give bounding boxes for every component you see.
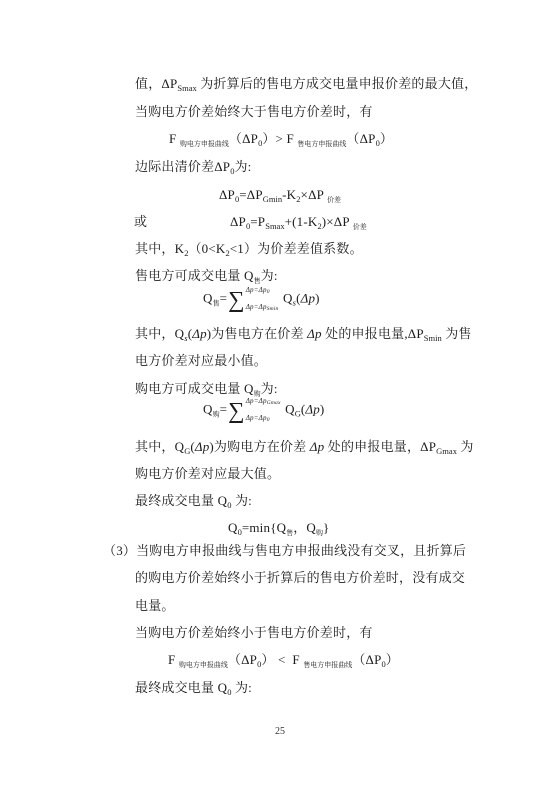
formula-line: F 购电方申报曲线（ΔP0）> F 售电方申报曲线（ΔP0） (169, 130, 393, 153)
page-number: 25 (0, 726, 560, 737)
formula-line: F 购电方申报曲线（ΔP0） < F 售电方申报曲线（ΔP0） (168, 651, 399, 674)
body-line: 购电方价差对应最大值。 (135, 465, 280, 482)
formula-line: ΔP0=PSmax+(1-K2)×ΔP 价差 (230, 213, 367, 236)
body-line: 边际出清价差ΔP0为: (135, 158, 251, 180)
body-line: 的购电方价差始终小于折算后的售电方价差时，没有成交 (135, 569, 465, 586)
body-line: 或 (134, 213, 147, 230)
body-line: 其中，QG(Δp)为购电方在价差 Δp 处的申报电量，ΔPGmax 为 (135, 438, 474, 460)
body-line: 电量。 (135, 597, 175, 614)
formula-line: ΔP0=ΔPGmin-K2×ΔP 价差 (219, 186, 341, 209)
body-line: 值，ΔPSmax 为折算后的售电方成交电量申报价差的最大值， (135, 75, 477, 97)
body-line: 电方价差对应最小值。 (135, 352, 267, 369)
body-line: 最终成交电量 Q0 为: (135, 679, 252, 701)
list-item-line: （3）当购电方申报曲线与售电方申报曲线没有交叉，且折算后 (103, 542, 466, 559)
body-line: 其中，K2（0<K2<1）为价差差值系数。 (135, 240, 363, 262)
body-line: 当购电方价差始终大于售电方价差时，有 (135, 103, 373, 120)
formula-line: Q购=∑Δp=ΔpGmaxΔp=Δp0 QG(Δp) (203, 398, 324, 423)
body-line: 最终成交电量 Q0 为: (135, 492, 252, 514)
document-page: 值，ΔPSmax 为折算后的售电方成交电量申报价差的最大值，当购电方价差始终大于… (0, 0, 560, 792)
summation-symbol: ∑Δp=ΔpGmaxΔp=Δp0 (228, 398, 281, 423)
summation-symbol: ∑Δp=Δp0Δp=ΔpSmin (228, 287, 278, 312)
formula-line: Q售=∑Δp=Δp0Δp=ΔpSmin Qs(Δp) (203, 287, 320, 312)
body-line: 当购电方价差始终小于售电方价差时，有 (135, 624, 373, 641)
formula-line: Q0=min{Q售，Q购} (228, 519, 329, 542)
body-line: 其中，Qs(Δp)为售电方在价差 Δp 处的申报电量,ΔPSmin 为售 (135, 325, 472, 347)
